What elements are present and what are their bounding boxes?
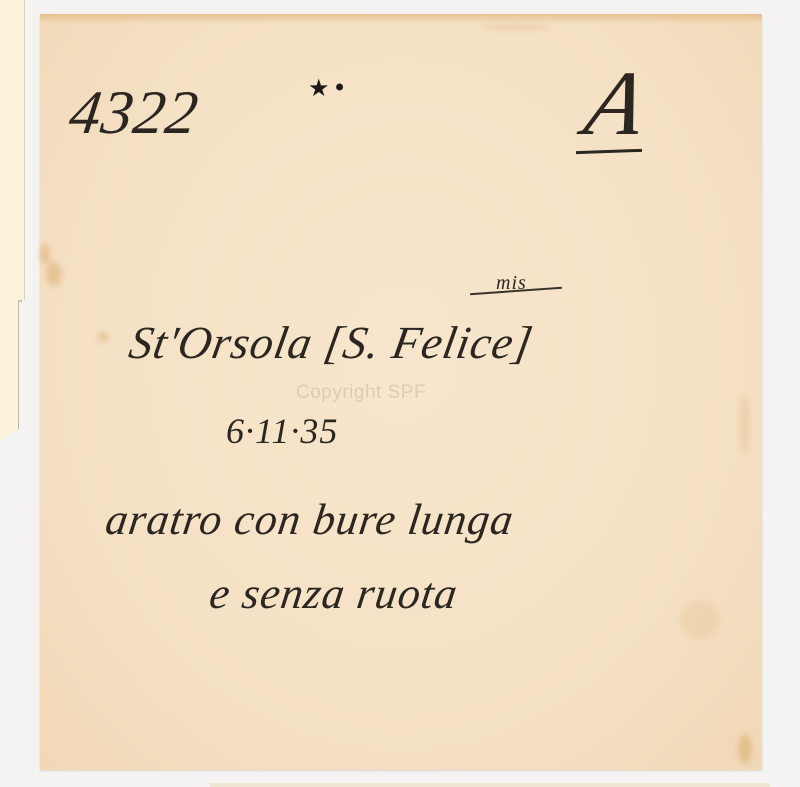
foxing-stain [740, 394, 750, 454]
catalogue-number: 4322 [65, 78, 203, 149]
foxing-stain [480, 24, 550, 30]
foxing-stain [46, 262, 62, 286]
adjacent-paper-strip [0, 0, 25, 300]
place-name: St'Orsola [S. Felice] [125, 316, 537, 369]
foxing-stain [40, 244, 50, 264]
foxing-stain [738, 734, 752, 764]
description-line-1: aratro con bure lunga [102, 494, 517, 545]
adjacent-paper-bottom [210, 783, 770, 787]
copyright-watermark: Copyright SPF [296, 382, 426, 404]
description-line-2: e senza ruota [206, 568, 461, 619]
foxing-stain [98, 332, 108, 342]
date: 6·11·35 [226, 410, 338, 452]
foxing-stain [680, 600, 720, 640]
place-annotation: mis [496, 272, 527, 295]
number-marks: ★• [308, 74, 350, 102]
adjacent-paper-strip-lower [0, 300, 19, 440]
